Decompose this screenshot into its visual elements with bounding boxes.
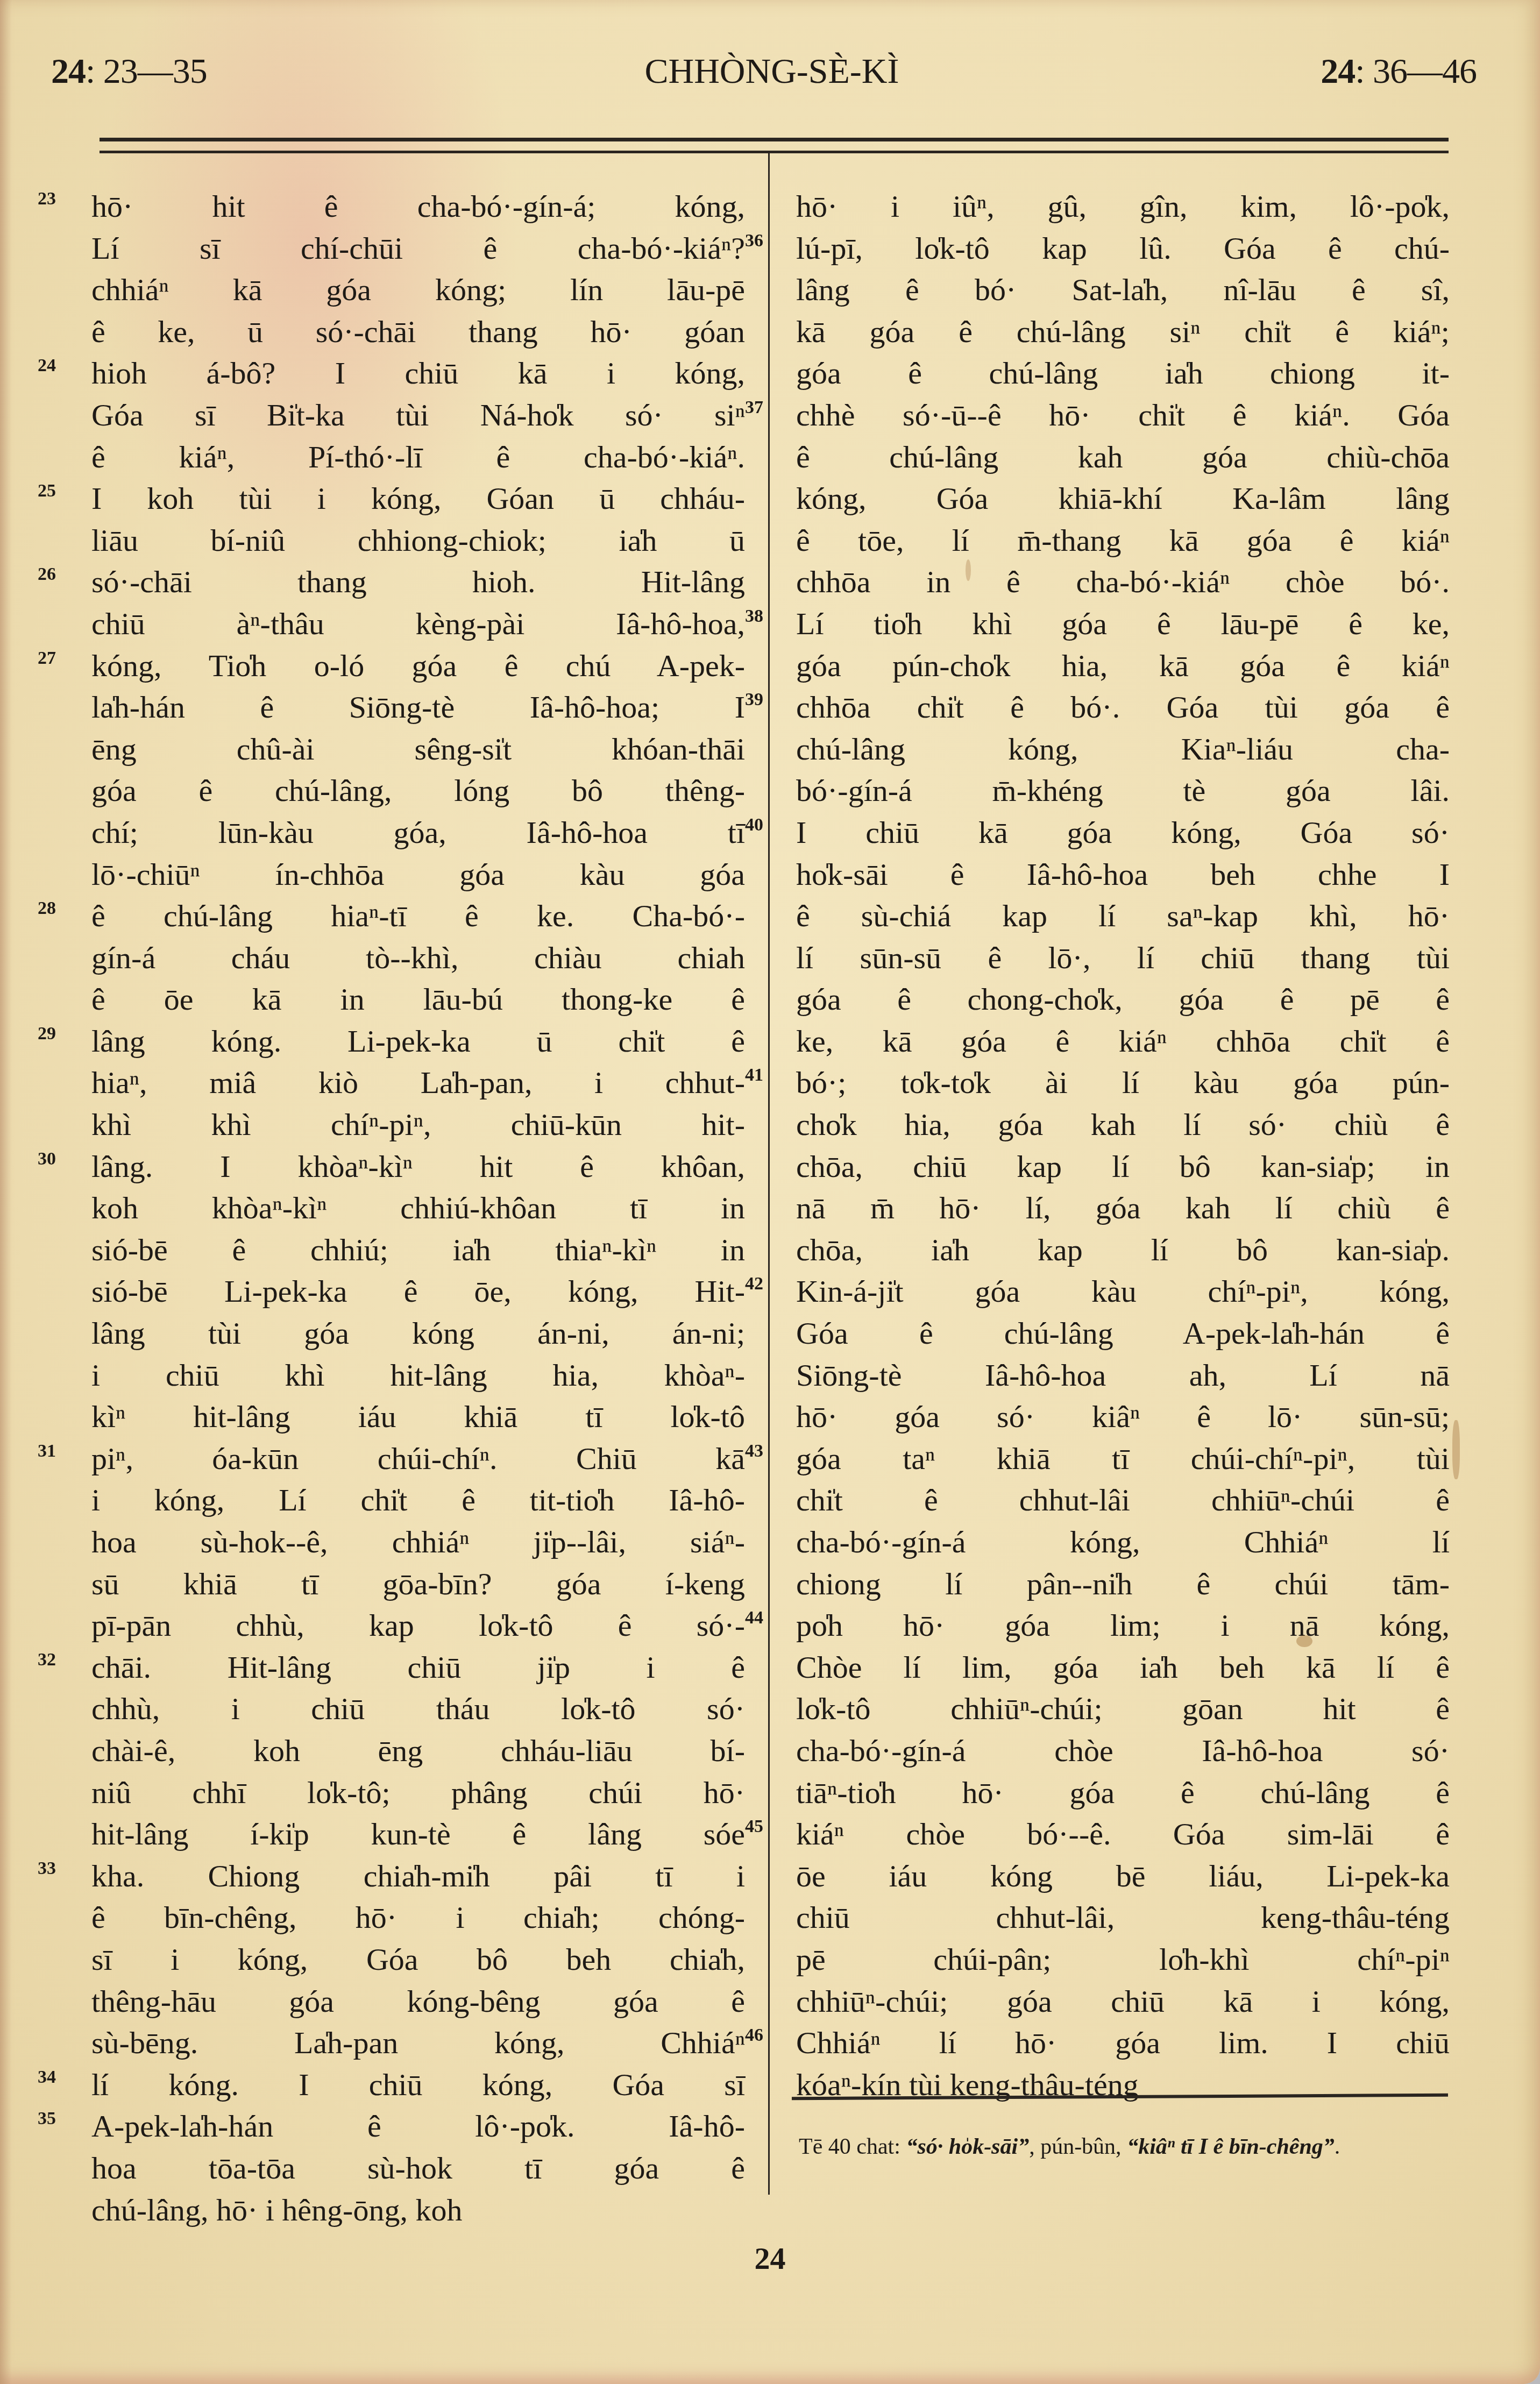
line-text: hit-lâng í-ki̍p kun-tè ê lâng sóe (91, 1817, 745, 1851)
text-line: chōa, chiū kap lí bô kan-sia̍p; in (796, 1146, 1450, 1188)
text-line: sī i kóng, Góa bô beh chia̍h, (91, 1939, 745, 1981)
text-line: hiaⁿ, miâ kiò La̍h-pan, i chhut- (91, 1062, 745, 1104)
line-text: lí sūn-sū ê lō·, lí chiū thang tùi (796, 940, 1450, 975)
text-line: 27kóng, Tio̍h o-ló góa ê chú A-pek- (91, 645, 745, 687)
line-text: ê chú-lâng kah góa chiù-chōa (796, 439, 1450, 474)
text-line: hō· góa só· kiâⁿ ê lō· sūn-sū; (796, 1396, 1450, 1438)
line-text: ê sù-chiá kap lí saⁿ-kap khì, hō· (796, 898, 1450, 933)
text-line: ê sù-chiá kap lí saⁿ-kap khì, hō· (796, 895, 1450, 937)
text-line: 28ê chú-lâng hiaⁿ-tī ê ke. Cha-bó·- (91, 895, 745, 937)
text-line: kìⁿ hit-lâng iáu khiā tī lo̍k-tô (91, 1396, 745, 1438)
line-text: khì khì chíⁿ-piⁿ, chiū-kūn hit- (91, 1107, 745, 1142)
line-text: hō· góa só· kiâⁿ ê lō· sūn-sū; (796, 1399, 1450, 1434)
verse-number: 30 (38, 1138, 81, 1180)
text-line: 38Lí tio̍h khì góa ê lāu-pē ê ke, (796, 603, 1450, 645)
text-line: 25I koh tùi i kóng, Góan ū chháu- (91, 478, 745, 520)
verse-number: 33 (38, 1848, 81, 1890)
line-text: góa ê chú-lâng, lóng bô thêng- (91, 773, 745, 808)
line-text: pē chúi-pân; lo̍h-khì chíⁿ-piⁿ (796, 1942, 1450, 1977)
text-line: lo̍k-tô chhiūⁿ-chúi; gōan hit ê (796, 1688, 1450, 1730)
line-text: A-pek-la̍h-hán ê lô·-po̍k. Iâ-hô- (91, 2109, 745, 2144)
text-line: 31piⁿ, óa-kūn chúi-chíⁿ. Chiū kā (91, 1438, 745, 1480)
text-line: chí; lūn-kàu góa, Iâ-hô-hoa tī (91, 812, 745, 854)
text-line: ê tōe, lí m̄-thang kā góa ê kiáⁿ (796, 520, 1450, 562)
line-text: chhè só·-ū--ê hō· chi̍t ê kiáⁿ. Góa (796, 398, 1450, 432)
footnote-middle: , pún-bûn, (1029, 2134, 1127, 2159)
text-line: i kóng, Lí chi̍t ê tit-tio̍h Iâ-hô- (91, 1479, 745, 1521)
text-line: thêng-hāu góa kóng-bêng góa ê (91, 1981, 745, 2023)
text-line: Góa ê chú-lâng A-pek-la̍h-hán ê (796, 1312, 1450, 1354)
line-text: só·-chāi thang hioh. Hit-lâng (91, 564, 745, 599)
verse-number: 46 (745, 2014, 788, 2056)
header-right-reference: 24: 36—46 (1321, 51, 1477, 92)
text-line: 23hō· hit ê cha-bó·-gín-á; kóng, (91, 186, 745, 228)
line-text: chú-lâng kóng, Kiaⁿ-liáu cha- (796, 732, 1450, 767)
line-text: hoa tōa-tōa sù-hok tī góa ê (91, 2151, 745, 2186)
text-line: gín-á cháu tò--khì, chiàu chiah (91, 937, 745, 979)
line-text: koh khòaⁿ-kìⁿ chhiú-khôan tī in (91, 1190, 745, 1225)
text-line: chú-lâng, hō· i hêng-ōng, koh (91, 2189, 745, 2231)
text-line: ê chú-lâng kah góa chiù-chōa (796, 436, 1450, 478)
line-text: chí; lūn-kàu góa, Iâ-hô-hoa tī (91, 815, 745, 850)
text-line: 44po̍h hō· góa lim; i nā kóng, (796, 1605, 1450, 1647)
text-line: ke, kā góa ê kiáⁿ chhōa chi̍t ê (796, 1020, 1450, 1062)
text-line: chiū chhut-lâi, keng-thâu-téng (796, 1897, 1450, 1939)
text-line: sió-bē Li-pek-ka ê ōe, kóng, Hit- (91, 1271, 745, 1312)
line-text: I koh tùi i kóng, Góan ū chháu- (91, 481, 745, 516)
text-line: 32chāi. Hit-lâng chiū ji̍p i ê (91, 1647, 745, 1688)
line-text: ê chú-lâng hiaⁿ-tī ê ke. Cha-bó·- (91, 898, 745, 933)
line-text: Siōng-tè Iâ-hô-hoa ah, Lí nā (796, 1358, 1450, 1393)
verse-number: 29 (38, 1013, 81, 1055)
text-line: ê ōe kā in lāu-bú thong-ke ê (91, 978, 745, 1020)
line-text: cho̍k hia, góa kah lí só· chiù ê (796, 1107, 1450, 1142)
text-line: 24hioh á-bô? I chiū kā i kóng, (91, 352, 745, 394)
line-text: kā góa ê chú-lâng siⁿ chi̍t ê kiáⁿ; (796, 314, 1450, 349)
line-text: chhù, i chiū tháu lo̍k-tô só· (91, 1691, 745, 1726)
line-text: hoa sù-hok--ê, chhiáⁿ ji̍p--lâi, siáⁿ- (91, 1524, 745, 1559)
text-line: góa ê chong-cho̍k, góa ê pē ê (796, 978, 1450, 1020)
page-number: 24 (0, 2240, 1540, 2276)
running-header: 24: 23—35 CHHÒNG-SÈ-KÌ 24: 36—46 (51, 51, 1477, 100)
verse-number: 44 (745, 1597, 788, 1639)
line-text: la̍h-hán ê Siōng-tè Iâ-hô-hoa; I (91, 690, 745, 725)
verse-number: 42 (745, 1263, 788, 1305)
line-text: chiong lí pân--ni̍h ê chúi tām- (796, 1566, 1450, 1601)
header-rule-top (100, 138, 1449, 141)
text-line: cha-bó·-gín-á kóng, Chhiáⁿ lí (796, 1521, 1450, 1563)
line-text: ê bīn-chêng, hō· i chia̍h; chóng- (91, 1900, 745, 1935)
text-line: lâng ê bó· Sat-la̍h, nî-lāu ê sî, (796, 269, 1450, 311)
text-line: góa ê chú-lâng, lóng bô thêng- (91, 770, 745, 812)
line-text: ê kiáⁿ, Pí-thó·-lī ê cha-bó·-kiáⁿ. (91, 439, 745, 474)
text-line: Siōng-tè Iâ-hô-hoa ah, Lí nā (796, 1354, 1450, 1396)
book-page: 24: 23—35 CHHÒNG-SÈ-KÌ 24: 36—46 23hō· h… (0, 0, 1540, 2384)
text-line: 33kha. Chiong chia̍h-mi̍h pâi tī i (91, 1855, 745, 1897)
right-column-text: hō· i iûⁿ, gû, gîn, kim, lô·-po̍k,36lú-p… (796, 186, 1450, 2105)
text-line: ê ke, ū só·-chāi thang hō· góan (91, 311, 745, 353)
line-text: kiáⁿ chòe bó·--ê. Góa sim-lāi ê (796, 1817, 1450, 1851)
text-line: sū khiā tī gōa-bīn? góa í-keng (91, 1563, 745, 1605)
verse-number: 43 (745, 1430, 788, 1472)
verse-number: 26 (38, 554, 81, 595)
line-text: po̍h hō· góa lim; i nā kóng, (796, 1608, 1450, 1643)
line-text: hō· hit ê cha-bó·-gín-á; kóng, (91, 189, 745, 224)
text-line: koh khòaⁿ-kìⁿ chhiú-khôan tī in (91, 1187, 745, 1229)
verse-number: 32 (38, 1639, 81, 1681)
verse-number: 25 (38, 470, 81, 512)
line-text: lâng kóng. Li-pek-ka ū chi̍t ê (91, 1024, 745, 1059)
line-text: chōa, ia̍h kap lí bô kan-sia̍p. (796, 1232, 1450, 1267)
text-line: chhiūⁿ-chúi; góa chiū kā i kóng, (796, 1981, 1450, 2023)
line-text: bó·; to̍k-to̍k ài lí kàu góa pún- (796, 1065, 1450, 1100)
text-line: sió-bē ê chhiú; ia̍h thiaⁿ-kìⁿ in (91, 1229, 745, 1271)
line-text: góa ê chong-cho̍k, góa ê pē ê (796, 982, 1450, 1017)
text-line: 29lâng kóng. Li-pek-ka ū chi̍t ê (91, 1020, 745, 1062)
line-text: chōa, chiū kap lí bô kan-sia̍p; in (796, 1149, 1450, 1184)
line-text: hō· i iûⁿ, gû, gîn, kim, lô·-po̍k, (796, 189, 1450, 224)
text-line: ê bīn-chêng, hō· i chia̍h; chóng- (91, 1897, 745, 1939)
line-text: Chhiáⁿ lí hō· góa lim. I chiū (796, 2025, 1450, 2060)
text-line: 45kiáⁿ chòe bó·--ê. Góa sim-lāi ê (796, 1813, 1450, 1855)
verse-number: 41 (745, 1054, 788, 1096)
text-line: chú-lâng kóng, Kiaⁿ-liáu cha- (796, 728, 1450, 770)
text-line: chhōa in ê cha-bó·-kiáⁿ chòe bó·. (796, 561, 1450, 603)
line-text: sù-bēng. La̍h-pan kóng, Chhiáⁿ (91, 2025, 745, 2060)
line-text: ōe iáu kóng bē liáu, Li-pek-ka (796, 1858, 1450, 1893)
line-text: chài-ê, koh ēng chháu-liāu bí- (91, 1733, 745, 1768)
verse-number: 24 (38, 345, 81, 387)
footnote: Tē 40 chat: “só· ho̍k-sāi”, pún-bûn, “ki… (799, 2130, 1444, 2163)
text-line: 37chhè só·-ū--ê hō· chi̍t ê kiáⁿ. Góa (796, 394, 1450, 436)
text-line: liāu bí-niû chhiong-chiok; ia̍h ū (91, 520, 745, 562)
footnote-prefix: Tē 40 chat: (799, 2134, 906, 2159)
text-line: 42Kin-á-ji̍t góa kàu chíⁿ-piⁿ, kóng, (796, 1271, 1450, 1312)
text-line: 35A-pek-la̍h-hán ê lô·-po̍k. Iâ-hô- (91, 2105, 745, 2147)
text-line: pē chúi-pân; lo̍h-khì chíⁿ-piⁿ (796, 1939, 1450, 1981)
text-line: chōa, ia̍h kap lí bô kan-sia̍p. (796, 1229, 1450, 1271)
line-text: gín-á cháu tò--khì, chiàu chiah (91, 940, 745, 975)
verse-number: 31 (38, 1430, 81, 1472)
line-text: hioh á-bô? I chiū kā i kóng, (91, 356, 745, 391)
line-text: pī-pān chhù, kap lo̍k-tô ê só·- (91, 1608, 745, 1643)
line-text: Lí tio̍h khì góa ê lāu-pē ê ke, (796, 606, 1450, 641)
line-text: lâng ê bó· Sat-la̍h, nî-lāu ê sî, (796, 272, 1450, 307)
footnote-term-1: “só· ho̍k-sāi” (906, 2134, 1029, 2159)
text-line: ê kiáⁿ, Pí-thó·-lī ê cha-bó·-kiáⁿ. (91, 436, 745, 478)
line-text: ê tōe, lí m̄-thang kā góa ê kiáⁿ (796, 523, 1450, 558)
line-text: chi̍t ê chhut-lâi chhiūⁿ-chúi ê (796, 1482, 1450, 1517)
text-line: chhiáⁿ kā góa kóng; lín lāu-pē (91, 269, 745, 311)
text-line: sù-bēng. La̍h-pan kóng, Chhiáⁿ (91, 2022, 745, 2064)
text-line: hō· i iûⁿ, gû, gîn, kim, lô·-po̍k, (796, 186, 1450, 228)
text-line: ēng chû-ài sêng-si̍t khóan-thāi (91, 728, 745, 770)
line-text: ke, kā góa ê kiáⁿ chhōa chi̍t ê (796, 1024, 1450, 1059)
line-text: i chiū khì hit-lâng hia, khòaⁿ- (91, 1358, 745, 1393)
stain (1296, 1635, 1312, 1647)
stain (966, 559, 971, 581)
text-line: cha-bó·-gín-á chòe Iâ-hô-hoa só· (796, 1730, 1450, 1772)
line-text: Góa sī Bi̍t-ka tùi Ná-ho̍k só· siⁿ (91, 398, 745, 432)
line-text: kóng, Tio̍h o-ló góa ê chú A-pek- (91, 648, 745, 683)
line-text: góa ê chú-lâng ia̍h chiong it- (796, 356, 1450, 391)
line-text: ho̍k-sāi ê Iâ-hô-hoa beh chhe I (796, 857, 1450, 892)
verse-number: 38 (745, 595, 788, 637)
line-text: piⁿ, óa-kūn chúi-chíⁿ. Chiū kā (91, 1441, 745, 1476)
line-text: Chòe lí lim, góa ia̍h beh kā lí ê (796, 1650, 1450, 1685)
line-text: lâng tùi góa kóng án-ni, án-ni; (91, 1316, 745, 1351)
line-text: lú-pī, lo̍k-tô kap lû. Góa ê chú- (796, 231, 1450, 266)
line-text: Lí sī chí-chūi ê cha-bó·-kiáⁿ? (91, 231, 745, 266)
line-text: chiū àⁿ-thâu kèng-pài Iâ-hô-hoa, (91, 606, 745, 641)
verse-number: 34 (38, 2056, 81, 2098)
line-text: cha-bó·-gín-á chòe Iâ-hô-hoa só· (796, 1733, 1450, 1768)
line-text: chhōa chi̍t ê bó·. Góa tùi góa ê (796, 690, 1450, 725)
left-column-text: 23hō· hit ê cha-bó·-gín-á; kóng,Lí sī ch… (91, 186, 745, 2231)
line-text: ēng chû-ài sêng-si̍t khóan-thāi (91, 732, 745, 767)
text-line: góa pún-cho̍k hia, kā góa ê kiáⁿ (796, 645, 1450, 687)
text-line: 34lí kóng. I chiū kóng, Góa sī (91, 2064, 745, 2106)
verse-number: 36 (745, 220, 788, 262)
verse-number: 28 (38, 888, 81, 930)
verse-number: 23 (38, 178, 81, 220)
line-text: góa taⁿ khiā tī chúi-chíⁿ-piⁿ, tùi (796, 1441, 1450, 1476)
text-line: chiū àⁿ-thâu kèng-pài Iâ-hô-hoa, (91, 603, 745, 645)
line-text: lí kóng. I chiū kóng, Góa sī (91, 2067, 745, 2102)
text-line: kā góa ê chú-lâng siⁿ chi̍t ê kiáⁿ; (796, 311, 1450, 353)
verse-number: 35 (38, 2098, 81, 2140)
stain (1452, 1420, 1460, 1479)
text-line: chhù, i chiū tháu lo̍k-tô só· (91, 1688, 745, 1730)
book-title: CHHÒNG-SÈ-KÌ (51, 51, 1477, 92)
line-text: Kin-á-ji̍t góa kàu chíⁿ-piⁿ, kóng, (796, 1274, 1450, 1309)
text-line: 30lâng. I khòaⁿ-kìⁿ hit ê khôan, (91, 1146, 745, 1188)
text-line: 26só·-chāi thang hioh. Hit-lâng (91, 561, 745, 603)
text-line: hoa sù-hok--ê, chhiáⁿ ji̍p--lâi, siáⁿ- (91, 1521, 745, 1563)
column-divider (768, 153, 770, 2195)
line-text: chiū chhut-lâi, keng-thâu-téng (796, 1900, 1450, 1935)
text-line: ōe iáu kóng bē liáu, Li-pek-ka (796, 1855, 1450, 1897)
line-text: niû chhī lo̍k-tô; phâng chúi hō· (91, 1775, 745, 1810)
header-right-verses: : 36—46 (1355, 52, 1477, 91)
line-text: lō·-chiūⁿ ín-chhōa góa kàu góa (91, 857, 745, 892)
line-text: kóng, Góa khiā-khí Ka-lâm lâng (796, 481, 1450, 516)
text-line: góa ê chú-lâng ia̍h chiong it- (796, 352, 1450, 394)
text-line: Chòe lí lim, góa ia̍h beh kā lí ê (796, 1647, 1450, 1688)
text-line: lí sūn-sū ê lō·, lí chiū thang tùi (796, 937, 1450, 979)
text-line: 40I chiū kā góa kóng, Góa só· (796, 812, 1450, 854)
line-text: chhiūⁿ-chúi; góa chiū kā i kóng, (796, 1984, 1450, 2019)
text-line: kóng, Góa khiā-khí Ka-lâm lâng (796, 478, 1450, 520)
text-line: niû chhī lo̍k-tô; phâng chúi hō· (91, 1772, 745, 1814)
line-text: chhiáⁿ kā góa kóng; lín lāu-pē (91, 272, 745, 307)
text-line: khì khì chíⁿ-piⁿ, chiū-kūn hit- (91, 1104, 745, 1146)
header-right-chapter: 24 (1321, 52, 1355, 91)
line-text: sī i kóng, Góa bô beh chia̍h, (91, 1942, 745, 1977)
verse-number: 40 (745, 804, 788, 846)
line-text: tiāⁿ-tio̍h hō· góa ê chú-lâng ê (796, 1775, 1450, 1810)
text-line: bó·-gín-á m̄-khéng tè góa lâi. (796, 770, 1450, 812)
text-line: chi̍t ê chhut-lâi chhiūⁿ-chúi ê (796, 1479, 1450, 1521)
line-text: lâng. I khòaⁿ-kìⁿ hit ê khôan, (91, 1149, 745, 1184)
text-line: Lí sī chí-chūi ê cha-bó·-kiáⁿ? (91, 228, 745, 269)
verse-number: 37 (745, 387, 788, 429)
line-text: kìⁿ hit-lâng iáu khiā tī lo̍k-tô (91, 1399, 745, 1434)
text-line: 39chhōa chi̍t ê bó·. Góa tùi góa ê (796, 686, 1450, 728)
text-line: lâng tùi góa kóng án-ni, án-ni; (91, 1312, 745, 1354)
line-text: nā m̄ hō· lí, góa kah lí chiù ê (796, 1190, 1450, 1225)
line-text: i kóng, Lí chi̍t ê tit-tio̍h Iâ-hô- (91, 1482, 745, 1517)
line-text: I chiū kā góa kóng, Góa só· (796, 815, 1450, 850)
text-line: la̍h-hán ê Siōng-tè Iâ-hô-hoa; I (91, 686, 745, 728)
line-text: chāi. Hit-lâng chiū ji̍p i ê (91, 1650, 745, 1685)
text-line: chiong lí pân--ni̍h ê chúi tām- (796, 1563, 1450, 1605)
text-line: 36lú-pī, lo̍k-tô kap lû. Góa ê chú- (796, 228, 1450, 269)
text-line: ho̍k-sāi ê Iâ-hô-hoa beh chhe I (796, 854, 1450, 896)
text-line: hoa tōa-tōa sù-hok tī góa ê (91, 2147, 745, 2189)
line-text: góa pún-cho̍k hia, kā góa ê kiáⁿ (796, 648, 1450, 683)
text-line: Góa sī Bi̍t-ka tùi Ná-ho̍k só· siⁿ (91, 394, 745, 436)
footnote-term-2: “kiâⁿ tī I ê bīn-chêng” (1127, 2134, 1335, 2159)
line-text: sió-bē ê chhiú; ia̍h thiaⁿ-kìⁿ in (91, 1232, 745, 1267)
line-text: Góa ê chú-lâng A-pek-la̍h-hán ê (796, 1316, 1450, 1351)
line-text: lo̍k-tô chhiūⁿ-chúi; gōan hit ê (796, 1691, 1450, 1726)
verse-number: 39 (745, 679, 788, 721)
verse-number: 27 (38, 637, 81, 679)
line-text: cha-bó·-gín-á kóng, Chhiáⁿ lí (796, 1524, 1450, 1559)
text-line: tiāⁿ-tio̍h hō· góa ê chú-lâng ê (796, 1772, 1450, 1814)
line-text: sió-bē Li-pek-ka ê ōe, kóng, Hit- (91, 1274, 745, 1309)
line-text: ê ke, ū só·-chāi thang hō· góan (91, 314, 745, 349)
line-text: bó·-gín-á m̄-khéng tè góa lâi. (796, 773, 1450, 808)
text-line: chài-ê, koh ēng chháu-liāu bí- (91, 1730, 745, 1772)
line-text: liāu bí-niû chhiong-chiok; ia̍h ū (91, 523, 745, 558)
page-edge-shadow (0, 0, 12, 2384)
line-text: chhōa in ê cha-bó·-kiáⁿ chòe bó·. (796, 564, 1450, 599)
line-text: chú-lâng, hō· i hêng-ōng, koh (91, 2193, 462, 2227)
footnote-suffix: . (1335, 2134, 1340, 2159)
line-text: thêng-hāu góa kóng-bêng góa ê (91, 1984, 745, 2019)
line-text: ê ōe kā in lāu-bú thong-ke ê (91, 982, 745, 1017)
text-line: nā m̄ hō· lí, góa kah lí chiù ê (796, 1187, 1450, 1229)
text-line: hit-lâng í-ki̍p kun-tè ê lâng sóe (91, 1813, 745, 1855)
text-line: cho̍k hia, góa kah lí só· chiù ê (796, 1104, 1450, 1146)
line-text: hiaⁿ, miâ kiò La̍h-pan, i chhut- (91, 1065, 745, 1100)
text-line: lō·-chiūⁿ ín-chhōa góa kàu góa (91, 854, 745, 896)
text-line: pī-pān chhù, kap lo̍k-tô ê só·- (91, 1605, 745, 1647)
line-text: sū khiā tī gōa-bīn? góa í-keng (91, 1566, 745, 1601)
text-line: i chiū khì hit-lâng hia, khòaⁿ- (91, 1354, 745, 1396)
text-line: 43góa taⁿ khiā tī chúi-chíⁿ-piⁿ, tùi (796, 1438, 1450, 1480)
header-rule-bottom (100, 151, 1449, 153)
line-text: kha. Chiong chia̍h-mi̍h pâi tī i (91, 1858, 745, 1893)
text-line: 46Chhiáⁿ lí hō· góa lim. I chiū (796, 2022, 1450, 2064)
text-line: 41bó·; to̍k-to̍k ài lí kàu góa pún- (796, 1062, 1450, 1104)
verse-number: 45 (745, 1806, 788, 1848)
